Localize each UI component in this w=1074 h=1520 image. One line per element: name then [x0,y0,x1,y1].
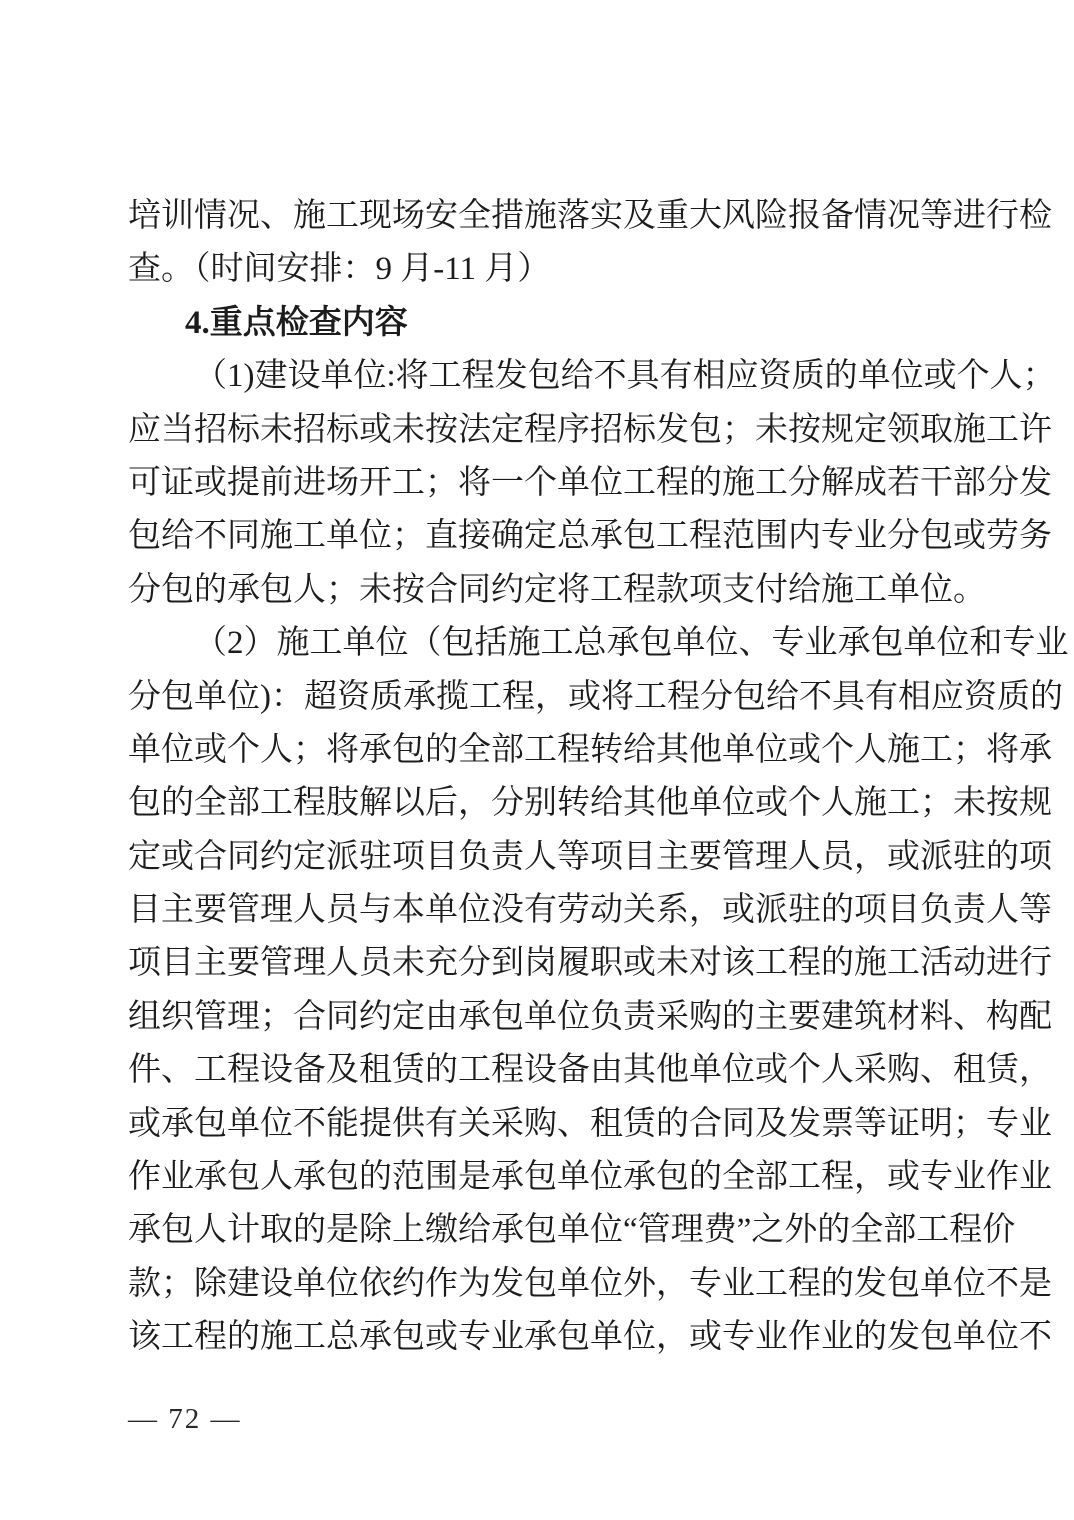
text-line: 承包人计取的是除上缴给承包单位“管理费”之外的全部工程价 [128,1204,1053,1257]
text-line: 定或合同约定派驻项目负责人等项目主要管理人员，或派驻的项 [128,831,1053,884]
text-block: 培训情况、施工现场安全措施落实及重大风险报备情况等进行检 查。（时间安排：9 月… [128,190,1053,1365]
text-line: 组织管理；合同约定由承包单位负责采购的主要建筑材料、构配 [128,991,1053,1044]
document-page: 培训情况、施工现场安全措施落实及重大风险报备情况等进行检 查。（时间安排：9 月… [0,0,1074,1520]
text-line: 培训情况、施工现场安全措施落实及重大风险报备情况等进行检 [128,190,1053,243]
text-line: （1)建设单位:将工程发包给不具有相应资质的单位或个人； [128,350,1053,403]
page-number: — 72 — [128,1398,242,1440]
text-line: 该工程的施工总承包或专业承包单位，或专业作业的发包单位不 [128,1311,1053,1364]
text-line: 件、工程设备及租赁的工程设备由其他单位或个人采购、租赁， [128,1044,1053,1097]
text-line: 应当招标未招标或未按法定程序招标发包；未按规定领取施工许 [128,404,1053,457]
text-line: 项目主要管理人员未充分到岗履职或未对该工程的施工活动进行 [128,937,1053,990]
text-line: 或承包单位不能提供有关采购、租赁的合同及发票等证明；专业 [128,1098,1053,1151]
text-line: 目主要管理人员与本单位没有劳动关系，或派驻的项目负责人等 [128,884,1053,937]
text-line: 款；除建设单位依约作为发包单位外，专业工程的发包单位不是 [128,1258,1053,1311]
text-line: 作业承包人承包的范围是承包单位承包的全部工程，或专业作业 [128,1151,1053,1204]
section-heading: 4.重点检查内容 [128,297,1053,350]
text-line: （2）施工单位（包括施工总承包单位、专业承包单位和专业 [128,617,1053,670]
text-line: 包给不同施工单位；直接确定总承包工程范围内专业分包或劳务 [128,510,1053,563]
text-line: 包的全部工程肢解以后，分别转给其他单位或个人施工；未按规 [128,777,1053,830]
text-line: 查。（时间安排：9 月-11 月） [128,243,1053,296]
text-line: 可证或提前进场开工；将一个单位工程的施工分解成若干部分发 [128,457,1053,510]
text-line: 单位或个人；将承包的全部工程转给其他单位或个人施工；将承 [128,724,1053,777]
text-line: 分包的承包人；未按合同约定将工程款项支付给施工单位。 [128,564,1053,617]
text-line: 分包单位)：超资质承揽工程，或将工程分包给不具有相应资质的 [128,671,1053,724]
